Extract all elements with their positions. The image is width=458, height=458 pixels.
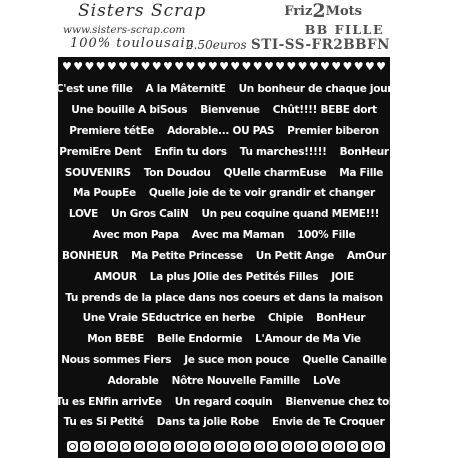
flower-icon (307, 441, 318, 452)
word-row: Une Vraie SEductrice en herbeChipieBonHe… (60, 312, 388, 324)
word-sticker: Chût!!!! BEBE dort (273, 104, 377, 116)
word-row: Mon BEBEBelle EndormieL'Amour de Ma Vie (60, 333, 388, 345)
product-name: BB FILLE (251, 23, 384, 37)
word-sticker: Tu es ENfin arrivEe (56, 396, 162, 408)
flower-icon (107, 441, 118, 452)
word-row: Tu es ENfin arrivEeUn regard coquinBienv… (60, 396, 388, 408)
word-sticker: Mon BEBE (87, 333, 144, 345)
collection-prefix: Friz (284, 4, 312, 19)
word-sticker: Nôtre Nouvelle Famille (172, 375, 300, 387)
heart-icon: ♥ (365, 60, 375, 74)
word-sticker: L'Amour de Ma Vie (255, 333, 361, 345)
heart-icon: ♥ (174, 60, 184, 74)
flower-icon (281, 441, 292, 452)
word-sticker: Avec mon Papa (93, 229, 179, 241)
word-sticker-rows: C'est une filleA la MâternitEUn bonheur … (60, 79, 388, 433)
flower-icon (254, 441, 265, 452)
flower-icon (361, 441, 372, 452)
flower-icon (240, 441, 251, 452)
word-sticker: Une bouille A biSous (71, 104, 187, 116)
collection-number: 2 (312, 0, 325, 22)
word-sticker: Envie de Te Croquer (272, 416, 384, 428)
word-sticker: Quelle Canaille (302, 354, 386, 366)
product-block: Friz2Mots BB FILLE STI-SS-FR2BBFN (251, 1, 390, 52)
heart-icon: ♥ (309, 60, 319, 74)
heart-icon: ♥ (298, 60, 308, 74)
flower-icon (200, 441, 211, 452)
heart-icon: ♥ (286, 60, 296, 74)
word-sticker: La plus JOlie des Petités Filles (150, 271, 319, 283)
word-row: Nous sommes FiersJe suce mon pouceQuelle… (60, 354, 388, 366)
word-sticker: BonHeur (316, 312, 365, 324)
word-sticker: A la MâternitE (146, 83, 226, 95)
brand-name: Sisters Scrap (78, 1, 206, 21)
word-sticker: Bienvenue chez toi (285, 396, 392, 408)
word-row: Avec mon PapaAvec ma Maman100% Fille (60, 229, 388, 241)
sheet-header: Sisters Scrap www.sisters-scrap.com 100%… (58, 0, 390, 57)
flower-icon (147, 441, 158, 452)
flower-icon (80, 441, 91, 452)
word-sticker: Tu es Si Petité (64, 416, 144, 428)
heart-icon: ♥ (141, 60, 151, 74)
word-sticker: SOUVENIRS (65, 167, 131, 179)
flower-icon (67, 441, 78, 452)
word-sticker: Adorable... OU PAS (167, 125, 274, 137)
word-sticker: Je suce mon pouce (184, 354, 289, 366)
price-label: 2.50euros (186, 38, 247, 52)
word-sticker: Une Vraie SEductrice en herbe (83, 312, 255, 324)
word-row: BONHEURMa Petite PrincesseUn Petit AngeA… (60, 250, 388, 262)
word-sticker: JOIE (331, 271, 354, 283)
flower-icon (347, 441, 358, 452)
word-sticker: Un Petit Ange (256, 250, 334, 262)
word-sticker: Enfin tu dors (154, 146, 226, 158)
word-sticker: Tu prends de la place dans nos coeurs et… (65, 292, 383, 304)
flower-icon (227, 441, 238, 452)
word-sticker: LOVE (69, 208, 98, 220)
flower-icon (187, 441, 198, 452)
flower-icon (160, 441, 171, 452)
word-sticker: Quelle joie de te voir grandir et change… (149, 187, 375, 199)
heart-icon: ♥ (331, 60, 341, 74)
word-sticker: Un regard coquin (175, 396, 273, 408)
word-row: Ma PoupEeQuelle joie de te voir grandir … (60, 187, 388, 199)
word-row: AMOURLa plus JOlie des Petités FillesJOI… (60, 271, 388, 283)
collection-suffix: Mots (326, 4, 362, 19)
heart-icon: ♥ (242, 60, 252, 74)
word-sticker: Ma PoupEe (73, 187, 136, 199)
flower-icon (94, 441, 105, 452)
heart-icon: ♥ (230, 60, 240, 74)
heart-icon: ♥ (152, 60, 162, 74)
heart-icon: ♥ (264, 60, 274, 74)
flower-icon (321, 441, 332, 452)
word-sticker: Avec ma Maman (192, 229, 284, 241)
flower-icon (214, 441, 225, 452)
heart-icon: ♥ (320, 60, 330, 74)
flowers-border (67, 440, 385, 452)
heart-icon: ♥ (354, 60, 364, 74)
word-row: Premiere tétEeAdorable... OU PASPremier … (60, 125, 388, 137)
flower-icon (374, 441, 385, 452)
flower-icon (134, 441, 145, 452)
word-sticker: LoVe (313, 375, 340, 387)
word-row: AdorableNôtre Nouvelle FamilleLoVe (60, 375, 388, 387)
word-row: Tu prends de la place dans nos coeurs et… (60, 292, 388, 304)
word-sticker: AMOUR (94, 271, 137, 283)
flower-icon (267, 441, 278, 452)
word-sticker: 100% Fille (297, 229, 355, 241)
word-sticker: Un peu coquine quand MEME!!! (201, 208, 379, 220)
word-row: Tu es Si PetitéDans ta jolie RobeEnvie d… (60, 416, 388, 428)
word-sticker: BONHEUR (62, 250, 118, 262)
word-sticker: Tu marches!!!!! (240, 146, 327, 158)
product-reference: STI-SS-FR2BBFN (251, 38, 390, 53)
flower-icon (120, 441, 131, 452)
heart-icon: ♥ (342, 60, 352, 74)
hearts-border: ♥♥♥♥♥♥♥♥♥♥♥♥♥♥♥♥♥♥♥♥♥♥♥♥♥♥♥♥♥ (62, 60, 386, 74)
word-sticker: Premiere tétEe (69, 125, 154, 137)
word-sticker: Dans ta jolie Robe (157, 416, 259, 428)
word-row: PremiEre DentEnfin tu dorsTu marches!!!!… (60, 146, 388, 158)
brand-tagline: 100% toulousain (70, 36, 195, 51)
word-sticker: Un Gros CaliN (111, 208, 188, 220)
flower-icon (294, 441, 305, 452)
heart-icon: ♥ (185, 60, 195, 74)
flower-icon (334, 441, 345, 452)
word-sticker: Belle Endormie (157, 333, 242, 345)
word-sticker: Bienvenue (200, 104, 260, 116)
word-row: Une bouille A biSousBienvenueChût!!!! BE… (60, 104, 388, 116)
word-sticker: Premier biberon (287, 125, 379, 137)
heart-icon: ♥ (253, 60, 263, 74)
heart-icon: ♥ (73, 60, 83, 74)
word-sticker: BonHeur (340, 146, 389, 158)
word-sticker: AmOur (347, 250, 386, 262)
heart-icon: ♥ (84, 60, 94, 74)
brand-website: www.sisters-scrap.com (63, 24, 185, 36)
heart-icon: ♥ (96, 60, 106, 74)
flower-icon (174, 441, 185, 452)
heart-icon: ♥ (208, 60, 218, 74)
heart-icon: ♥ (107, 60, 117, 74)
heart-icon: ♥ (275, 60, 285, 74)
heart-icon: ♥ (376, 60, 386, 74)
heart-icon: ♥ (118, 60, 128, 74)
heart-icon: ♥ (163, 60, 173, 74)
word-row: SOUVENIRSTon DoudouQUelle charmEuseMa Fi… (60, 167, 388, 179)
word-sticker: C'est une fille (56, 83, 133, 95)
word-row: LOVEUn Gros CaliNUn peu coquine quand ME… (60, 208, 388, 220)
word-sticker: Chipie (268, 312, 303, 324)
heart-icon: ♥ (219, 60, 229, 74)
word-row: C'est une filleA la MâternitEUn bonheur … (60, 83, 388, 95)
heart-icon: ♥ (197, 60, 207, 74)
word-sticker: QUelle charmEuse (224, 167, 327, 179)
word-sticker: Ma Fille (339, 167, 383, 179)
heart-icon: ♥ (129, 60, 139, 74)
word-sticker: PremiEre Dent (59, 146, 141, 158)
word-sticker: Nous sommes Fiers (61, 354, 171, 366)
word-sticker: Adorable (108, 375, 159, 387)
heart-icon: ♥ (62, 60, 72, 74)
word-sticker: Ton Doudou (144, 167, 211, 179)
collection-name: Friz2Mots (251, 1, 362, 22)
sticker-sheet: ♥♥♥♥♥♥♥♥♥♥♥♥♥♥♥♥♥♥♥♥♥♥♥♥♥♥♥♥♥ C'est une … (58, 57, 390, 458)
word-sticker: Ma Petite Princesse (131, 250, 243, 262)
word-sticker: Un bonheur de chaque jour (239, 83, 393, 95)
